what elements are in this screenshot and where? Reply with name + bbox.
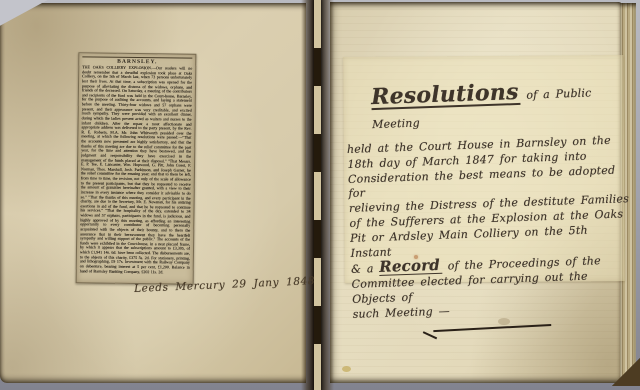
manuscript-title-word: Resolutions bbox=[371, 81, 521, 110]
manuscript-line-8-pre: & a bbox=[351, 262, 380, 276]
cover-board-corner bbox=[612, 352, 640, 386]
manuscript-record-word: Record bbox=[379, 258, 442, 276]
photographed-book-spread: BARNSLEY. THE OAKS COLLIERY EXPLOSION.—O… bbox=[0, 0, 640, 390]
book-spine-gutter bbox=[301, 0, 334, 390]
manuscript-title-line: Resolutions of a Public Meeting bbox=[371, 77, 631, 137]
clipping-body-text: THE OAKS COLLIERY EXPLOSION.—Our readers… bbox=[80, 65, 193, 274]
newspaper-clipping: BARNSLEY. THE OAKS COLLIERY EXPLOSION.—O… bbox=[76, 52, 197, 284]
spine-stitching bbox=[314, 0, 321, 390]
background-corner bbox=[0, 0, 48, 26]
paper-stain bbox=[342, 366, 351, 372]
manuscript-text-block: Resolutions of a Public Meeting held at … bbox=[345, 77, 637, 333]
